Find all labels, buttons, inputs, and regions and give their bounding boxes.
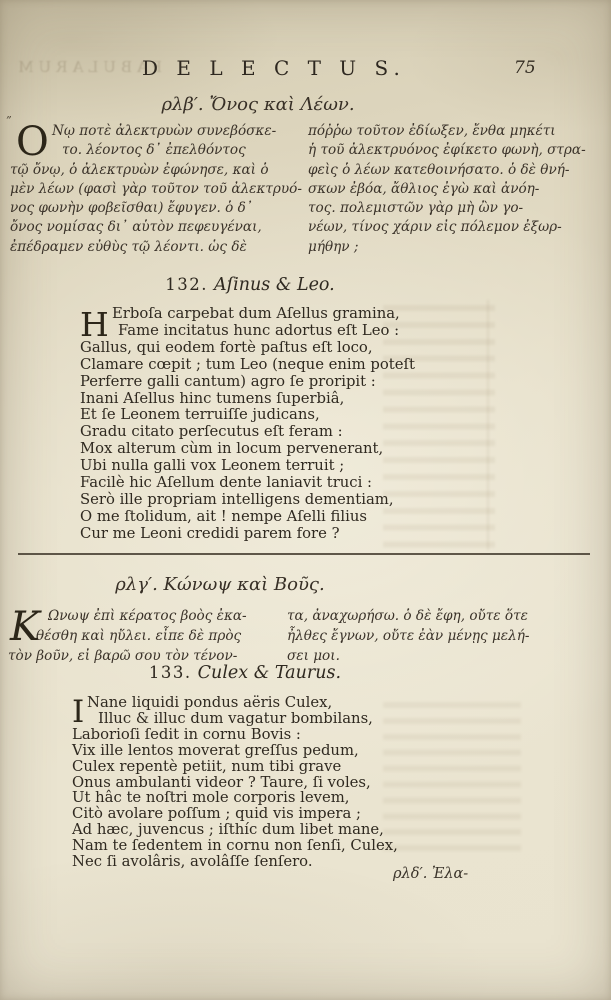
- greek-text-lines: τα, ἀναχωρήσω. ὁ δὲ ἔφη, οὔτε ὅτεἦλθες ἔ…: [287, 606, 607, 666]
- poem-line: Clamare cœpit ; tum Leo (neque enim pote…: [80, 357, 415, 374]
- greek-text-line: ὄνος νομίσας δι᾽ αὑτὸν πεφευγέναι,: [10, 218, 304, 237]
- poem-line: Gallus, qui eodem fortè paſtus eſt loco,: [80, 340, 415, 357]
- poem-line: Cur me Leoni credidi parem fore ?: [80, 526, 415, 543]
- greek-text-line: το. λέοντος δ᾽ ἐπελθόντος: [10, 141, 304, 160]
- fable-132-greek-heading: ρλβ′. Ὄνος καὶ Λέων.: [8, 94, 508, 115]
- greek-text-lines: Νῳ ποτὲ ἀλεκτρυὼν συνεβόσκε-το. λέοντος …: [10, 122, 304, 257]
- poem-line: Ad hæc, juvencus ; iſthíc dum libet mane…: [72, 822, 398, 838]
- fable-133-latin-poem: I Nane liquidi pondus aëris Culex,Illuc …: [72, 695, 398, 870]
- fable-133-greek-heading: ρλγ′. Κώνωψ καὶ Βοῦς.: [0, 574, 470, 595]
- greek-text-line: νέων, τίνος χάριν εἰς πόλεμον ἐξωρ-: [308, 218, 608, 237]
- greek-text-lines: πόῤῥω τοῦτον ἐδίωξεν, ἔνθα μηκέτιἡ τοῦ ἀ…: [308, 122, 608, 257]
- showthrough-header-text: FABULARUM: [2, 58, 162, 76]
- poem-line: Onus ambulanti videor ? Taure, ſi voles,: [72, 775, 398, 791]
- greek-text-line: πόῤῥω τοῦτον ἐδίωξεν, ἔνθα μηκέτι: [308, 122, 608, 141]
- poem-line: Vix ille lentos moverat greſſus pedum,: [72, 743, 398, 759]
- fable-number: 132.: [165, 275, 208, 294]
- poem-line: Ut hâc te noſtri mole corporis levem,: [72, 790, 398, 806]
- running-header-title: D E L E C T U S.: [142, 56, 406, 80]
- showthrough-verso-text: [383, 698, 521, 858]
- greek-text-line: ἦλθες ἔγνων, οὔτε ἐὰν μένῃς μελή-: [287, 626, 607, 646]
- poem-line: Mox alterum cùm in locum pervenerant,: [80, 441, 415, 458]
- fable-133-latin-heading: 133.Culex & Taurus.: [0, 663, 495, 683]
- poem-line: Serò ille propriam intelligens dementiam…: [80, 492, 415, 509]
- greek-text-line: θέσθη καὶ ηὔλει. εἶπε δὲ πρὸς: [8, 626, 286, 646]
- poem-line: Gradu citato perſecutus eſt feram :: [80, 424, 415, 441]
- greek-text-line: τα, ἀναχωρήσω. ὁ δὲ ἔφη, οὔτε ὅτε: [287, 606, 607, 626]
- poem-line: Citò avolare poſſum ; quid vis impera ;: [72, 806, 398, 822]
- greek-text-line: τῷ ὄνῳ, ὁ ἀλεκτρυὼν ἐφώνησε, καὶ ὁ: [10, 161, 304, 180]
- fable-132-greek-left-column: ” Ο Νῳ ποτὲ ἀλεκτρυὼν συνεβόσκε-το. λέον…: [10, 122, 304, 257]
- poem-line: Nam te ſedentem in cornu non ſenſi, Cule…: [72, 838, 398, 854]
- greek-text-line: Ωνωψ ἐπὶ κέρατος βοὸς ἐκα-: [8, 606, 286, 626]
- poem-line: Ubi nulla galli vox Leonem terruit ;: [80, 458, 415, 475]
- poem-line: Facilè hic Aſellum dente laniavit truci …: [80, 475, 415, 492]
- fable-133-greek-left-column: Κ Ωνωψ ἐπὶ κέρατος βοὸς ἐκα-θέσθη καὶ ηὔ…: [8, 606, 286, 666]
- fable-title: Culex & Taurus.: [198, 663, 341, 683]
- poem-line: Culex repentè petiit, num tibi grave: [72, 759, 398, 775]
- marginal-quote-mark: ”: [6, 114, 12, 127]
- fable-133-greek-right-column: τα, ἀναχωρήσω. ὁ δὲ ἔφη, οὔτε ὅτεἦλθες ἔ…: [287, 606, 607, 666]
- poem-line: Laborioſi ſedit in cornu Bovis :: [72, 727, 398, 743]
- poem-lines: Nane liquidi pondus aëris Culex,Illuc & …: [72, 695, 398, 870]
- poem-line: Fame incitatus hunc adortus eſt Leo :: [80, 323, 415, 340]
- fable-132-latin-heading: 132.Aſinus & Leo.: [0, 275, 500, 295]
- greek-text-line: Νῳ ποτὲ ἀλεκτρυὼν συνεβόσκε-: [10, 122, 304, 141]
- catchword: ρλδ′. Ἐλα-: [393, 866, 468, 882]
- fable-number: 133.: [149, 663, 192, 682]
- poem-line: Nec ſi avolâris, avolâſſe ſenſero.: [72, 854, 398, 870]
- poem-line: Perferre galli cantum) agro ſe proripit …: [80, 374, 415, 391]
- greek-text-line: ἐπέδραμεν εὐθὺς τῷ λέοντι. ὡς δὲ: [10, 238, 304, 257]
- greek-text-lines: Ωνωψ ἐπὶ κέρατος βοὸς ἐκα-θέσθη καὶ ηὔλε…: [8, 606, 286, 666]
- greek-text-line: νος φωνὴν φοβεῖσθαι) ἔφυγεν. ὁ δ᾽: [10, 199, 304, 218]
- fable-title: Aſinus & Leo.: [214, 275, 335, 295]
- poem-line: Et ſe Leonem terruiſſe judicans,: [80, 407, 415, 424]
- paper-crease-line: [487, 300, 489, 550]
- poem-line: Inani Aſellus hinc tumens ſuperbiâ,: [80, 391, 415, 408]
- fable-132-latin-poem: H Erboſa carpebat dum Aſellus gramina,Fa…: [80, 306, 415, 543]
- page-number: 75: [514, 58, 536, 78]
- poem-line: Nane liquidi pondus aëris Culex,: [72, 695, 398, 711]
- greek-text-line: μήθην ;: [308, 238, 608, 257]
- greek-text-line: ἡ τοῦ ἀλεκτρυόνος ἐφίκετο φωνὴ, στρα-: [308, 141, 608, 160]
- greek-text-line: φεὶς ὁ λέων κατεθοινήσατο. ὁ δὲ θνή-: [308, 161, 608, 180]
- poem-lines: Erboſa carpebat dum Aſellus gramina,Fame…: [80, 306, 415, 543]
- greek-text-line: σκων ἐβόα, ἄθλιος ἐγὼ καὶ ἀνόη-: [308, 180, 608, 199]
- dropcap-h: H: [80, 309, 109, 340]
- section-divider-rule: [18, 553, 590, 555]
- poem-line: Erboſa carpebat dum Aſellus gramina,: [80, 306, 415, 323]
- greek-text-line: τος. πολεμιστῶν γὰρ μὴ ὢν γο-: [308, 199, 608, 218]
- dropcap-i: I: [72, 697, 84, 727]
- fable-132-greek-right-column: πόῤῥω τοῦτον ἐδίωξεν, ἔνθα μηκέτιἡ τοῦ ἀ…: [308, 122, 608, 257]
- dropcap-kappa: Κ: [10, 608, 40, 646]
- poem-line: O me ſtolidum, ait ! nempe Aſelli filius: [80, 509, 415, 526]
- poem-line: Illuc & illuc dum vagatur bombilans,: [72, 711, 398, 727]
- book-page: FABULARUM D E L E C T U S. 75 ρλβ′. Ὄνος…: [0, 0, 611, 1000]
- greek-text-line: μὲν λέων (φασὶ γὰρ τοῦτον τοῦ ἀλεκτρυό-: [10, 180, 304, 199]
- dropcap-omicron: Ο: [16, 123, 49, 161]
